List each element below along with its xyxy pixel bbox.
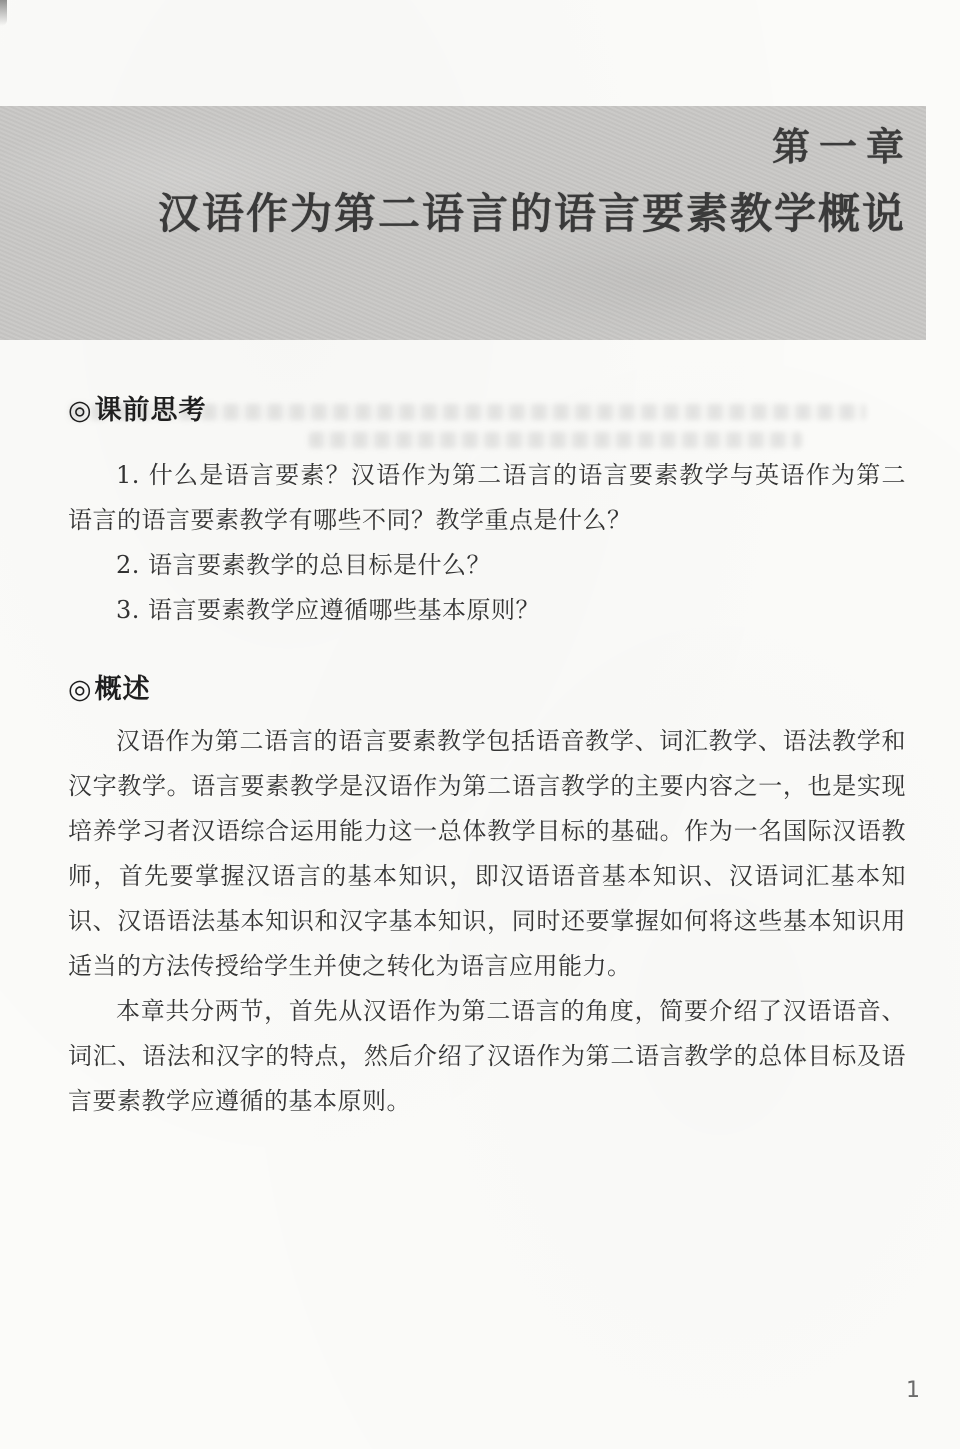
book-page: 第一章 汉语作为第二语言的语言要素教学概说 ◎课前思考 1. 什么是语言要素？汉… — [0, 0, 960, 1449]
chapter-title: 汉语作为第二语言的语言要素教学概说 — [0, 188, 906, 240]
circled-bullet-icon: ◎ — [68, 395, 93, 426]
chapter-number: 第一章 — [0, 122, 913, 172]
pre-class-question-list: 1. 什么是语言要素？汉语作为第二语言的语言要素教学与英语作为第二语言的语言要素… — [68, 453, 906, 633]
section-heading-overview: ◎概述 — [68, 673, 906, 707]
question-item: 3. 语言要素教学应遵循哪些基本原则？ — [68, 588, 906, 633]
overview-paragraph: 本章共分两节，首先从汉语作为第二语言的角度，简要介绍了汉语语音、词汇、语法和汉字… — [68, 989, 906, 1124]
bleed-through-artifact — [70, 254, 866, 314]
page-number: 1 — [906, 1378, 920, 1403]
section-heading-label: 概述 — [95, 674, 151, 705]
overview-paragraph: 汉语作为第二语言的语言要素教学包括语音教学、词汇教学、语法教学和汉字教学。语言要… — [68, 719, 906, 989]
section-heading-pre-class-questions: ◎课前思考 — [68, 394, 906, 428]
circled-bullet-icon: ◎ — [68, 674, 93, 705]
question-item: 1. 什么是语言要素？汉语作为第二语言的语言要素教学与英语作为第二语言的语言要素… — [68, 453, 906, 543]
page-body: ◎课前思考 1. 什么是语言要素？汉语作为第二语言的语言要素教学与英语作为第二语… — [68, 394, 906, 1124]
chapter-banner: 第一章 汉语作为第二语言的语言要素教学概说 — [0, 106, 926, 340]
section-heading-label: 课前思考 — [95, 395, 207, 426]
scan-corner-artifact — [0, 0, 7, 26]
question-item: 2. 语言要素教学的总目标是什么？ — [68, 543, 906, 588]
